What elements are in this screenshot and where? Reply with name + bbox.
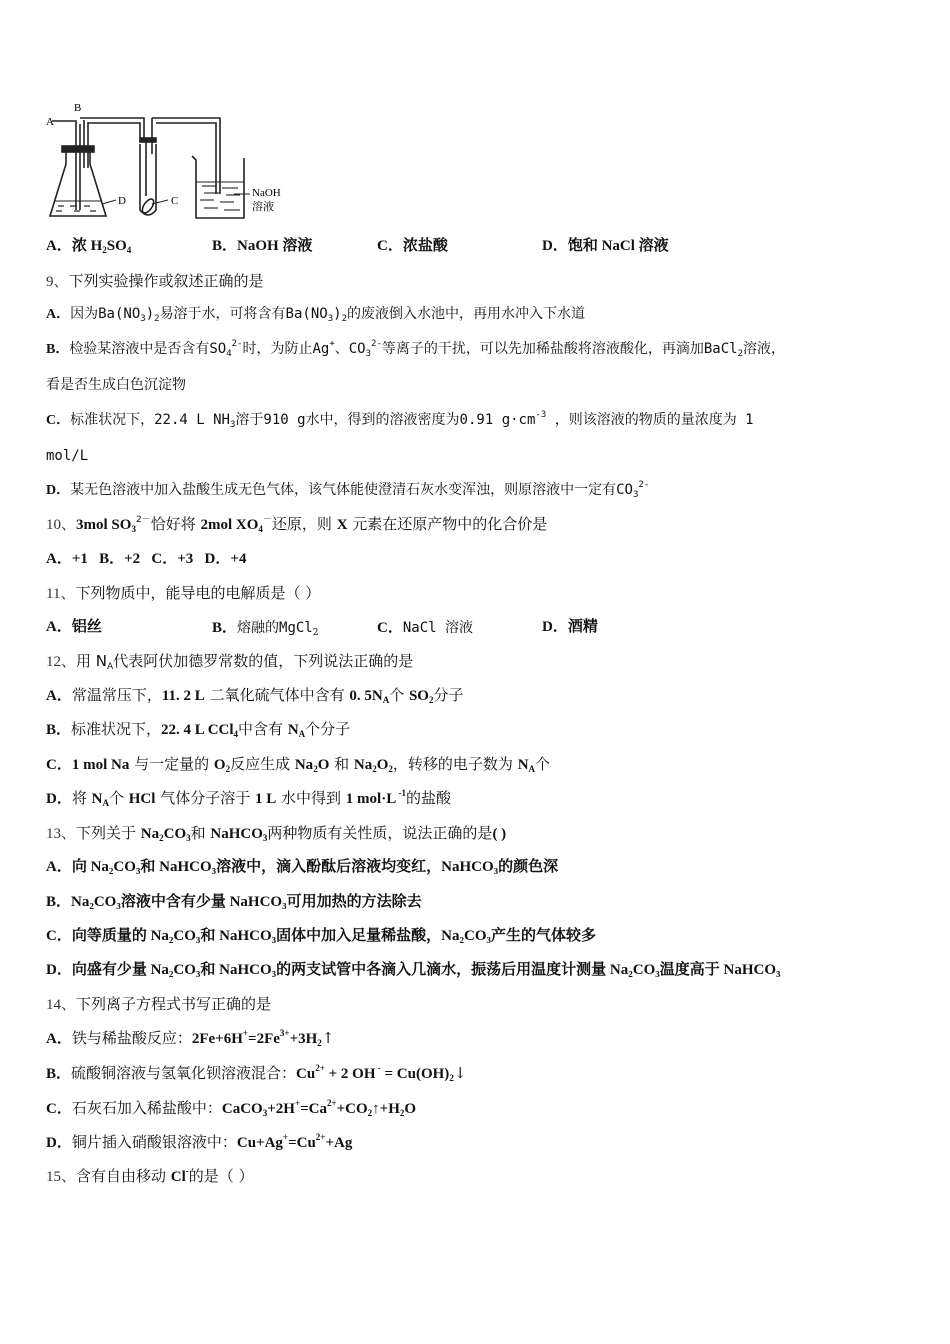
q9-stem: 9、下列实验操作或叙述正确的是 (46, 271, 264, 292)
q9-option-a[interactable]: A．因为Ba(NO3)2易溶于水，可将含有Ba(NO3)2的废液倒入水池中，再用… (46, 304, 585, 325)
q9-option-c[interactable]: C．标准状况下，22.4 L NH3溶于910 g水中，得到的溶液密度为0.91… (46, 410, 754, 431)
label-b: B (74, 102, 81, 114)
q8-option-a[interactable]: A．浓 H2SO4 (46, 236, 131, 256)
label-naoh: NaOH (252, 187, 281, 199)
apparatus-figure: A B D C NaOH 溶液 (44, 98, 294, 223)
q13-option-a[interactable]: A．向 Na₂CO₃和 NaHCO₃溶液中，滴入酚酞后溶液均变红，NaHCO₃的… (46, 857, 558, 877)
q14-option-d[interactable]: D．铜片插入硝酸银溶液中：Cu+Ag+=Cu2++Ag (46, 1132, 352, 1153)
q12-stem: 12、用 NA代表阿伏加德罗常数的值，下列说法正确的是 (46, 651, 413, 672)
q11-option-b[interactable]: B．熔融的MgCl2 (212, 617, 318, 638)
q13-option-c[interactable]: C．向等质量的 Na₂CO₃和 NaHCO₃固体中加入足量稀盐酸，Na₂CO₃产… (46, 926, 596, 946)
exam-page: A B D C NaOH 溶液 A．浓 H2SO4 B．NaOH 溶液 C．浓盐… (0, 0, 950, 1344)
q8-option-b[interactable]: B．NaOH 溶液 (212, 236, 312, 256)
label-solution: 溶液 (252, 199, 274, 213)
q15-stem: 15、含有自由移动 Cl-的是（ ） (46, 1166, 254, 1187)
q8-options: A．浓 H2SO4 B．NaOH 溶液 C．浓盐酸 D．饱和 NaCl 溶液 (46, 236, 906, 256)
label-a: A (46, 116, 54, 128)
q10-options[interactable]: A．+1 B．+2 C．+3 D．+4 (46, 549, 246, 569)
q11-option-a[interactable]: A．铝丝 (46, 617, 102, 637)
q9-option-d[interactable]: D．某无色溶液中加入盐酸生成无色气体，该气体能使澄清石灰水变浑浊，则原溶液中一定… (46, 480, 649, 501)
label-c: C (171, 195, 178, 207)
q11-option-c[interactable]: C．NaCl 溶液 (377, 617, 473, 638)
label-d: D (118, 195, 126, 207)
q10-stem: 10、3mol SO32－恰好将 2mol XO4－还原，则 X 元素在还原产物… (46, 514, 547, 535)
q11-options: A．铝丝 B．熔融的MgCl2 C．NaCl 溶液 D．酒精 (46, 617, 906, 637)
q11-stem: 11、下列物质中，能导电的电解质是（ ） (46, 583, 320, 604)
q12-option-a[interactable]: A．常温常压下，11. 2 L 二氧化硫气体中含有 0. 5NA个 SO2分子 (46, 685, 464, 706)
q9-option-b-cont: 看是否生成白色沉淀物 (46, 375, 186, 395)
q12-option-c[interactable]: C．1 mol Na 与一定量的 O2反应生成 Na2O 和 Na2O2，转移的… (46, 754, 550, 775)
q14-stem: 14、下列离子方程式书写正确的是 (46, 994, 271, 1015)
q12-option-d[interactable]: D．将 NA个 HCl 气体分子溶于 1 L 水中得到 1 mol·L -1的盐… (46, 788, 451, 809)
q8-option-d[interactable]: D．饱和 NaCl 溶液 (542, 236, 669, 256)
q12-option-b[interactable]: B．标准状况下，22. 4 L CCl4中含有 NA个分子 (46, 719, 350, 740)
q13-option-d[interactable]: D．向盛有少量 Na₂CO₃和 NaHCO₃的两支试管中各滴入几滴水，振荡后用温… (46, 960, 780, 980)
q14-option-a[interactable]: A．铁与稀盐酸反应：2Fe+6H+=2Fe3++3H2↑ (46, 1028, 334, 1049)
q8-option-c[interactable]: C．浓盐酸 (377, 236, 448, 256)
q14-option-c[interactable]: C．石灰石加入稀盐酸中：CaCO3+2H+=Ca2++CO2↑+H2O (46, 1098, 416, 1119)
q14-option-b[interactable]: B．硫酸铜溶液与氢氧化钡溶液混合：Cu2+ + 2 OH - = Cu(OH)2… (46, 1063, 466, 1084)
q9-option-c-cont: mol/L (46, 446, 88, 466)
q13-option-b[interactable]: B．Na₂CO₃溶液中含有少量 NaHCO₃可用加热的方法除去 (46, 892, 422, 912)
q11-option-d[interactable]: D．酒精 (542, 617, 598, 637)
q13-stem: 13、下列关于 Na2CO3和 NaHCO3两种物质有关性质，说法正确的是( ) (46, 823, 506, 844)
q9-option-b[interactable]: B．检验某溶液中是否含有SO42-时，为防止Ag+、CO32-等离子的干扰，可以… (46, 339, 785, 360)
